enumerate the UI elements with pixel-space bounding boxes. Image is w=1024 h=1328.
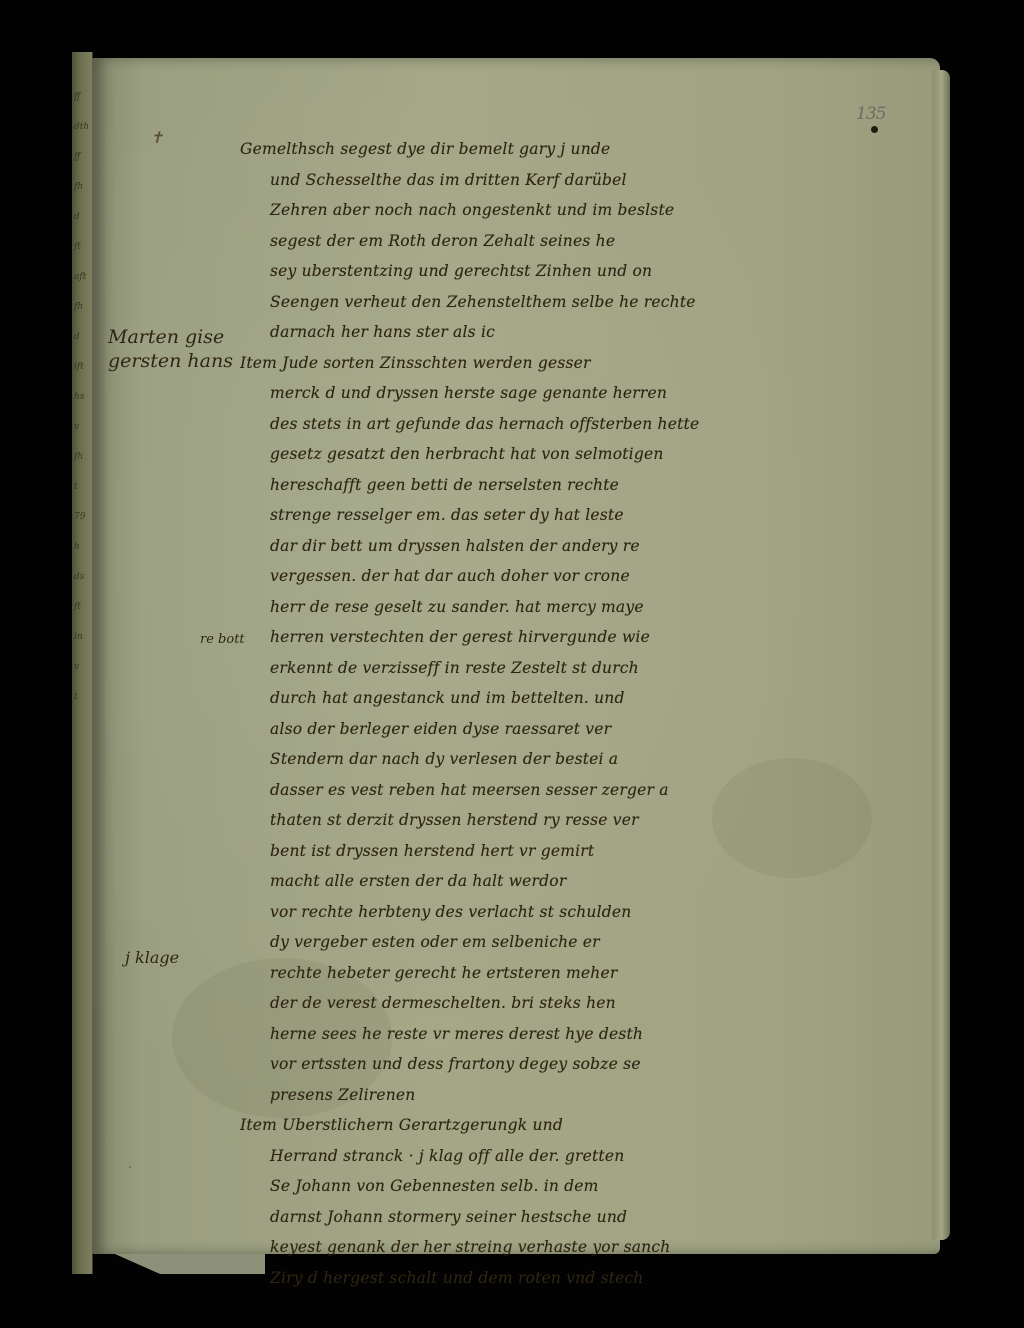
leaf-fragment: d (74, 332, 90, 343)
manuscript-line: herr de rese geselt zu sander. hat mercy… (240, 592, 930, 623)
scan-background: ffdthfffhdftaftfhdifthsvfht79hdsftinvt 1… (0, 0, 1024, 1328)
manuscript-line: Gemelthsch segest dye dir bemelt gary j … (240, 134, 930, 165)
manuscript-line: des stets in art gefunde das hernach off… (240, 409, 930, 440)
manuscript-line: Herrand stranck · j klag off alle der. g… (240, 1141, 930, 1172)
manuscript-line: dasser es vest reben hat meersen sesser … (240, 775, 930, 806)
folio-number: 135 (856, 104, 885, 124)
paragraph: Item Jude sorten Zinsschten werden gesse… (240, 348, 930, 1111)
margin-mark-bottom: · (128, 1160, 132, 1176)
leaf-fragment: hs (74, 392, 90, 403)
manuscript-line: merck d und dryssen herste sage genante … (240, 378, 930, 409)
margin-mark-top: ✝ (150, 128, 163, 147)
manuscript-line: sey uberstentzing und gerechtst Zinhen u… (240, 256, 930, 287)
leaf-fragment: v (74, 422, 90, 433)
manuscript-line: herne sees he reste vr meres derest hye … (240, 1019, 930, 1050)
leaf-fragment: in (74, 632, 90, 643)
leaf-fragment: ff (74, 152, 90, 163)
margin-note-line: Marten gise (108, 325, 233, 349)
manuscript-line: Seengen verheut den Zehenstelthem selbe … (240, 287, 930, 318)
manuscript-line: gesetz gesatzt den herbracht hat von sel… (240, 439, 930, 470)
margin-note-bott: re bott (200, 632, 245, 647)
paragraph: Item Uberstlichern Gerartzgerungk undHer… (240, 1110, 930, 1293)
manuscript-line: Zehren aber noch nach ongestenkt und im … (240, 195, 930, 226)
manuscript-line: vergessen. der hat dar auch doher vor cr… (240, 561, 930, 592)
manuscript-line: Item Uberstlichern Gerartzgerungk und (240, 1110, 930, 1141)
ink-dot (871, 126, 878, 133)
margin-note-name: Marten gise gersten hans (108, 325, 233, 373)
manuscript-line: hereschafft geen betti de nerselsten rec… (240, 470, 930, 501)
manuscript-line: keyest genank der her streing verhaste y… (240, 1232, 930, 1263)
manuscript-line: Se Johann von Gebennesten selb. in dem (240, 1171, 930, 1202)
manuscript-line: Stendern dar nach dy verlesen der bestei… (240, 744, 930, 775)
manuscript-line: durch hat angestanck und im bettelten. u… (240, 683, 930, 714)
page-edge (932, 70, 950, 1240)
manuscript-line: thaten st derzit dryssen herstend ry res… (240, 805, 930, 836)
leaf-fragment: ff (74, 92, 90, 103)
leaf-fragment: aft (74, 272, 90, 283)
leaf-fragment: ft (74, 242, 90, 253)
manuscript-line: darnach her hans ster als ic (240, 317, 930, 348)
manuscript-line: presens Zelirenen (240, 1080, 930, 1111)
manuscript-line: macht alle ersten der da halt werdor (240, 866, 930, 897)
manuscript-line: der de verest dermeschelten. bri steks h… (240, 988, 930, 1019)
leaf-fragment: dth (74, 122, 90, 133)
adjacent-leaf-strip: ffdthfffhdftaftfhdifthsvfht79hdsftinvt (72, 52, 93, 1274)
leaf-fragment: fh (74, 452, 90, 463)
leaf-fragment: fh (74, 302, 90, 313)
leaf-fragment: d (74, 212, 90, 223)
manuscript-line: vor rechte herbteny des verlacht st schu… (240, 897, 930, 928)
margin-note-line: gersten hans (108, 349, 233, 373)
leaf-fragment: t (74, 482, 90, 493)
manuscript-line: also der berleger eiden dyse raessaret v… (240, 714, 930, 745)
leaf-fragment: 79 (74, 512, 90, 523)
leaf-fragment: ds (74, 572, 90, 583)
leaf-fragment: v (74, 662, 90, 673)
manuscript-line: bent ist dryssen herstend hert vr gemirt (240, 836, 930, 867)
manuscript-line: rechte hebeter gerecht he ertsteren mehe… (240, 958, 930, 989)
manuscript-line: Item Jude sorten Zinsschten werden gesse… (240, 348, 930, 379)
manuscript-line: segest der em Roth deron Zehalt seines h… (240, 226, 930, 257)
leaf-fragment: ft (74, 602, 90, 613)
manuscript-line: strenge resselger em. das seter dy hat l… (240, 500, 930, 531)
leaf-fragment: ift (74, 362, 90, 373)
leaf-fragment: h (74, 542, 90, 553)
leaf-fragment: fh (74, 182, 90, 193)
manuscript-line: dy vergeber esten oder em selbeniche er (240, 927, 930, 958)
manuscript-line: und Schesselthe das im dritten Kerf darü… (240, 165, 930, 196)
margin-note-klage: j klage (125, 948, 179, 967)
paragraph: Gemelthsch segest dye dir bemelt gary j … (240, 134, 930, 348)
manuscript-line: darnst Johann stormery seiner hestsche u… (240, 1202, 930, 1233)
manuscript-line: vor ertssten und dess frartony degey sob… (240, 1049, 930, 1080)
manuscript-line: erkennt de verzisseff in reste Zestelt s… (240, 653, 930, 684)
manuscript-line: herren verstechten der gerest hirvergund… (240, 622, 930, 653)
leaf-fragment: t (74, 692, 90, 703)
manuscript-line: dar dir bett um dryssen halsten der ande… (240, 531, 930, 562)
manuscript-body: Gemelthsch segest dye dir bemelt gary j … (240, 134, 930, 1293)
manuscript-line: Ziry d hergest schalt und dem roten vnd … (240, 1263, 930, 1294)
